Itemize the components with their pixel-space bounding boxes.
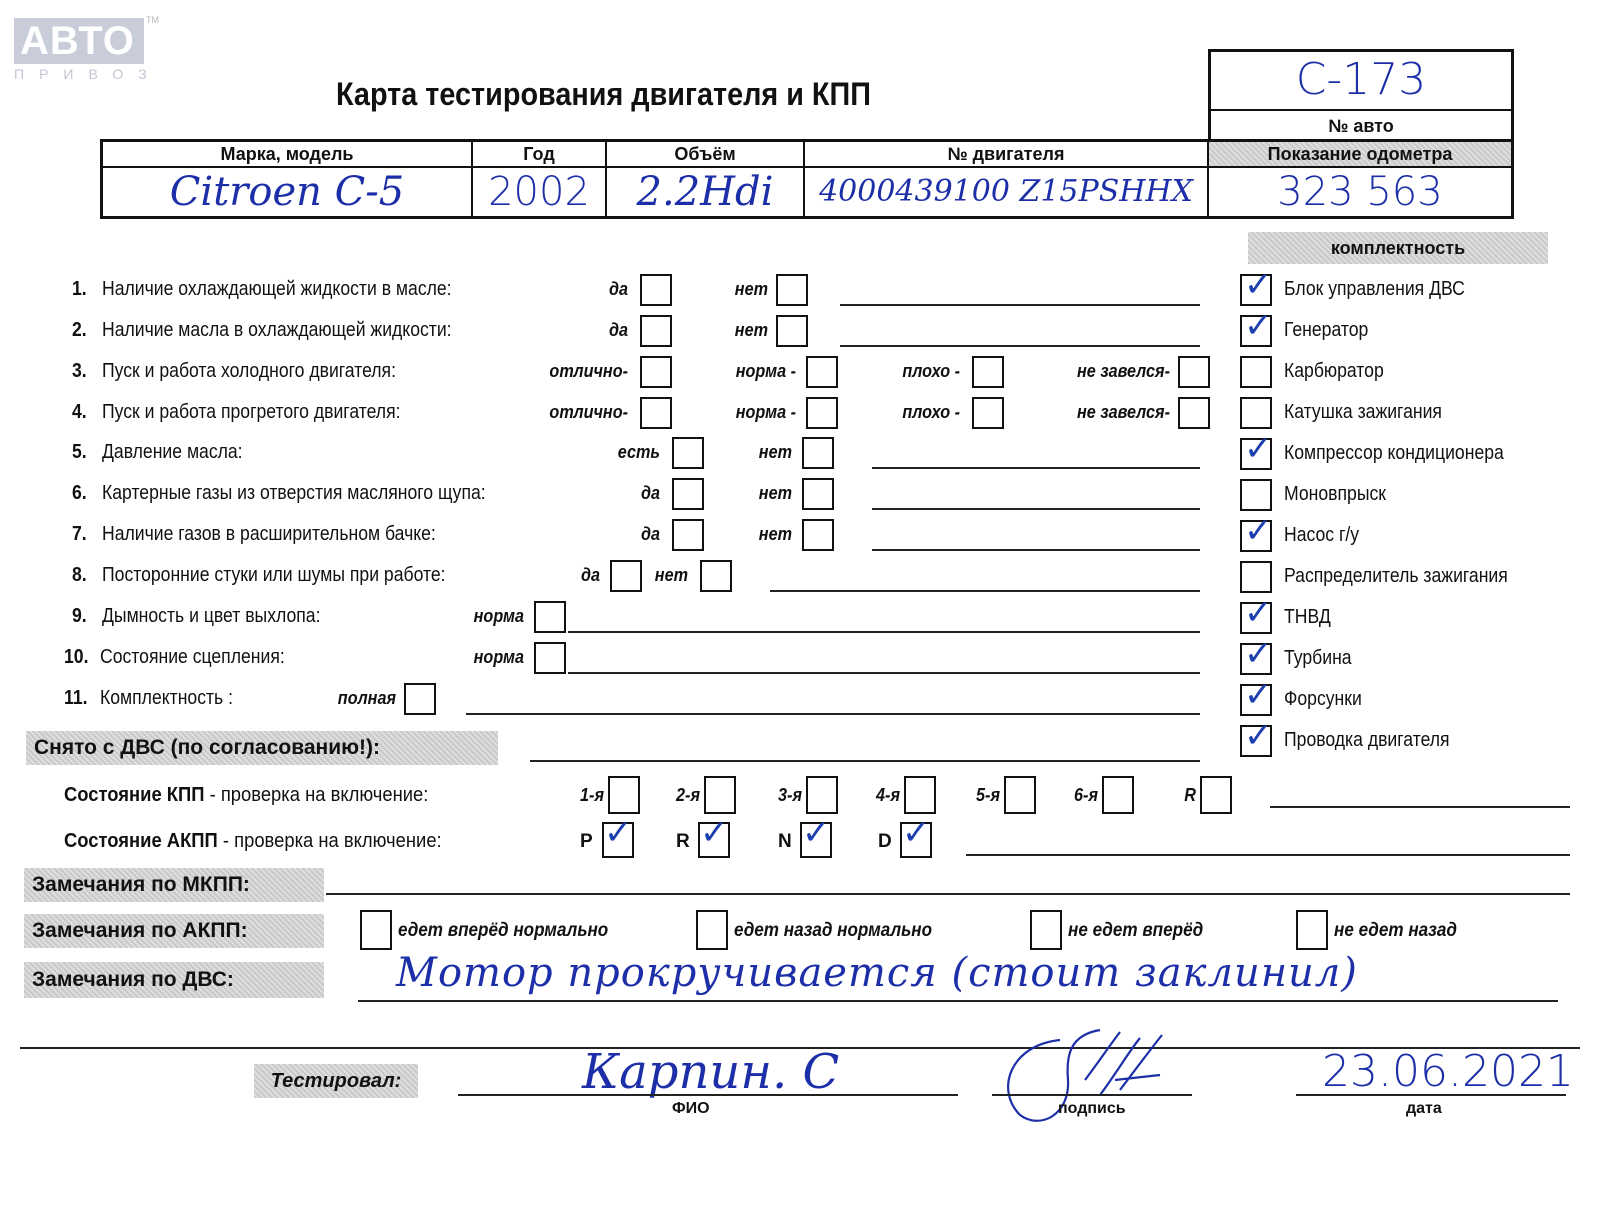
option-checkbox[interactable] [802, 437, 834, 469]
logo-trademark: TM [146, 15, 159, 25]
page-title: Карта тестирования двигателя и КПП [336, 76, 871, 113]
check-label: Наличие газов в расширительном бачке: [102, 523, 436, 546]
header-table: Марка, модельГодОбъём№ двигателяПоказани… [100, 139, 1514, 219]
akpp-remark-checkbox[interactable] [360, 910, 392, 950]
check-notes-line[interactable] [466, 713, 1200, 715]
option-checkbox[interactable] [534, 601, 566, 633]
gear-label: 6-я [999, 785, 1098, 806]
gear-label: 5-я [901, 785, 1000, 806]
completeness-checkbox[interactable] [1240, 725, 1272, 757]
check-number: 7. [72, 523, 87, 546]
completeness-checkbox[interactable] [1240, 602, 1272, 634]
option-label: отлично- [484, 361, 628, 382]
option-label: нет [648, 483, 792, 504]
completeness-checkbox[interactable] [1240, 274, 1272, 306]
option-checkbox[interactable] [404, 683, 436, 715]
gear-label: 2-я [601, 785, 700, 806]
check-label: Посторонние стуки или шумы при работе: [102, 564, 446, 587]
check-number: 8. [72, 564, 87, 587]
gear-label: 4-я [801, 785, 900, 806]
option-label: норма [380, 647, 524, 668]
check-number: 5. [72, 441, 87, 464]
option-label: нет [624, 320, 768, 341]
option-label: плохо - [816, 402, 960, 423]
header-col-year: Год [473, 142, 607, 166]
tester-name-caption: ФИО [672, 1100, 710, 1118]
header-value-year[interactable]: 2002 [473, 168, 607, 217]
auto-gearbox-line[interactable] [966, 854, 1570, 856]
check-notes-line[interactable] [872, 549, 1200, 551]
removed-label: Снято с ДВС (по согласованию!): [26, 731, 498, 765]
option-label: не завелся- [1026, 402, 1170, 423]
akpp-remark-label: не едет вперёд [1068, 920, 1203, 942]
option-label: отлично- [484, 402, 628, 423]
completeness-label: Проводка двигателя [1284, 729, 1450, 752]
check-label: Состояние сцепления: [100, 646, 285, 669]
mode-checkbox[interactable] [800, 822, 832, 858]
header-value-brand-model[interactable]: Citroen C-5 [103, 168, 473, 217]
mode-checkbox[interactable] [698, 822, 730, 858]
check-number: 11. [64, 687, 87, 710]
option-label: нет [648, 442, 792, 463]
option-checkbox[interactable] [1178, 356, 1210, 388]
check-number: 9. [72, 605, 87, 628]
option-checkbox[interactable] [700, 560, 732, 592]
option-label: есть [516, 442, 660, 463]
remarks-mkpp-line[interactable] [326, 893, 1570, 895]
remarks-mkpp-label: Замечания по МКПП: [24, 868, 324, 902]
car-number-box: C-173 [1208, 49, 1514, 111]
option-label: да [484, 320, 628, 341]
check-label: Давление масла: [102, 441, 243, 464]
remarks-akpp-label: Замечания по АКПП: [24, 914, 324, 948]
check-label: Наличие охлаждающей жидкости в масле: [102, 278, 452, 301]
option-label: полная [252, 688, 396, 709]
option-checkbox[interactable] [972, 356, 1004, 388]
header-value-odometer[interactable]: 323 563 [1209, 168, 1511, 217]
test-date[interactable]: 23.06.2021 [1322, 1046, 1574, 1097]
option-label: нет [544, 565, 688, 586]
completeness-checkbox[interactable] [1240, 684, 1272, 716]
car-number-label: № авто [1208, 111, 1514, 141]
signature-caption: подпись [1058, 1100, 1126, 1118]
completeness-label: Насос г/у [1284, 524, 1359, 547]
car-number-value[interactable]: C-173 [1211, 52, 1511, 108]
header-value-volume[interactable]: 2.2Hdi [607, 168, 805, 217]
completeness-label: Форсунки [1284, 688, 1362, 711]
tester-name[interactable]: Карпин. С [582, 1044, 839, 1100]
option-label: норма - [652, 361, 796, 382]
option-label: норма [380, 606, 524, 627]
check-notes-line[interactable] [568, 672, 1200, 674]
removed-line[interactable] [530, 760, 1200, 762]
check-label: Пуск и работа холодного двигателя: [102, 360, 396, 383]
check-label: Картерные газы из отверстия масляного щу… [102, 482, 486, 505]
check-number: 10. [64, 646, 88, 669]
akpp-remark-checkbox[interactable] [1030, 910, 1062, 950]
gear-checkbox[interactable] [1200, 776, 1232, 814]
tester-name-line [458, 1094, 958, 1096]
remarks-dvs-label: Замечания по ДВС: [24, 962, 324, 998]
completeness-label: Катушка зажигания [1284, 401, 1442, 424]
akpp-remark-label: едет назад нормально [734, 920, 932, 942]
completeness-label: Карбюратор [1284, 360, 1384, 383]
check-notes-line[interactable] [872, 508, 1200, 510]
option-checkbox[interactable] [802, 478, 834, 510]
check-notes-line[interactable] [568, 631, 1200, 633]
option-label: да [516, 524, 660, 545]
check-notes-line[interactable] [770, 590, 1200, 592]
completeness-label: Генератор [1284, 319, 1368, 342]
check-number: 6. [72, 482, 87, 505]
option-label: не завелся- [1026, 361, 1170, 382]
check-label: Наличие масла в охлаждающей жидкости: [102, 319, 452, 342]
completeness-checkbox[interactable] [1240, 643, 1272, 675]
completeness-checkbox[interactable] [1240, 438, 1272, 470]
manual-gearbox-line[interactable] [1270, 806, 1570, 808]
completeness-label: Компрессор кондиционера [1284, 442, 1504, 465]
completeness-title: комплектность [1248, 232, 1548, 264]
header-col-volume: Объём [607, 142, 805, 166]
logo: АВТО ПРИВОЗ [14, 18, 144, 82]
completeness-label: Моновпрыск [1284, 483, 1386, 506]
completeness-checkbox[interactable] [1240, 561, 1272, 593]
test-date-line [1296, 1094, 1566, 1096]
check-number: 4. [72, 401, 87, 424]
option-checkbox[interactable] [1178, 397, 1210, 429]
option-label: нет [624, 279, 768, 300]
option-label: да [484, 279, 628, 300]
option-checkbox[interactable] [776, 315, 808, 347]
signature-line [992, 1094, 1192, 1096]
gear-label: 1-я [505, 785, 604, 806]
completeness-checkbox[interactable] [1240, 479, 1272, 511]
option-checkbox[interactable] [534, 642, 566, 674]
gear-label: 3-я [703, 785, 802, 806]
mode-label: P [580, 831, 593, 853]
check-number: 1. [72, 278, 87, 301]
check-notes-line[interactable] [840, 345, 1200, 347]
check-label: Дымность и цвет выхлопа: [102, 605, 320, 628]
header-value-engine-number[interactable]: 4000439100 Z15PSHHX [805, 168, 1209, 217]
completeness-label: Распределитель зажигания [1284, 565, 1508, 588]
option-label: да [516, 483, 660, 504]
check-notes-line[interactable] [872, 467, 1200, 469]
check-label: Пуск и работа прогретого двигателя: [102, 401, 400, 424]
completeness-label: Блок управления ДВС [1284, 278, 1465, 301]
check-label: Комплектность : [100, 687, 233, 710]
mode-checkbox[interactable] [602, 822, 634, 858]
check-number: 2. [72, 319, 87, 342]
completeness-checkbox[interactable] [1240, 397, 1272, 429]
akpp-remark-checkbox[interactable] [1296, 910, 1328, 950]
completeness-label: Турбина [1284, 647, 1352, 670]
mode-label: N [778, 831, 792, 853]
mode-label: D [878, 831, 892, 853]
logo-mark: АВТО [14, 18, 144, 64]
auto-gearbox-label: Состояние АКПП - проверка на включение: [64, 830, 442, 853]
header-col-odometer: Показание одометра [1209, 142, 1511, 166]
remarks-dvs-line [358, 1000, 1558, 1002]
option-label: норма - [652, 402, 796, 423]
option-checkbox[interactable] [972, 397, 1004, 429]
mode-label: R [676, 831, 690, 853]
test-date-caption: дата [1406, 1100, 1442, 1118]
header-col-brand-model: Марка, модель [103, 142, 473, 166]
check-notes-line[interactable] [840, 304, 1200, 306]
completeness-checkbox[interactable] [1240, 520, 1272, 552]
akpp-remark-label: едет вперёд нормально [398, 920, 608, 942]
completeness-checkbox[interactable] [1240, 356, 1272, 388]
tested-by-label: Тестировал: [254, 1064, 418, 1098]
option-label: нет [648, 524, 792, 545]
check-number: 3. [72, 360, 87, 383]
logo-subtitle: ПРИВОЗ [14, 66, 144, 82]
option-checkbox[interactable] [776, 274, 808, 306]
mode-checkbox[interactable] [900, 822, 932, 858]
completeness-checkbox[interactable] [1240, 315, 1272, 347]
completeness-label: ТНВД [1284, 606, 1331, 629]
option-label: плохо - [816, 361, 960, 382]
header-col-engine-number: № двигателя [805, 142, 1209, 166]
remarks-dvs-value[interactable]: Мотор прокручивается (стоит заклинил) [396, 950, 1358, 996]
gear-label: R [1097, 785, 1196, 806]
akpp-remark-checkbox[interactable] [696, 910, 728, 950]
manual-gearbox-label: Состояние КПП - проверка на включение: [64, 784, 428, 807]
akpp-remark-label: не едет назад [1334, 920, 1457, 942]
option-checkbox[interactable] [802, 519, 834, 551]
